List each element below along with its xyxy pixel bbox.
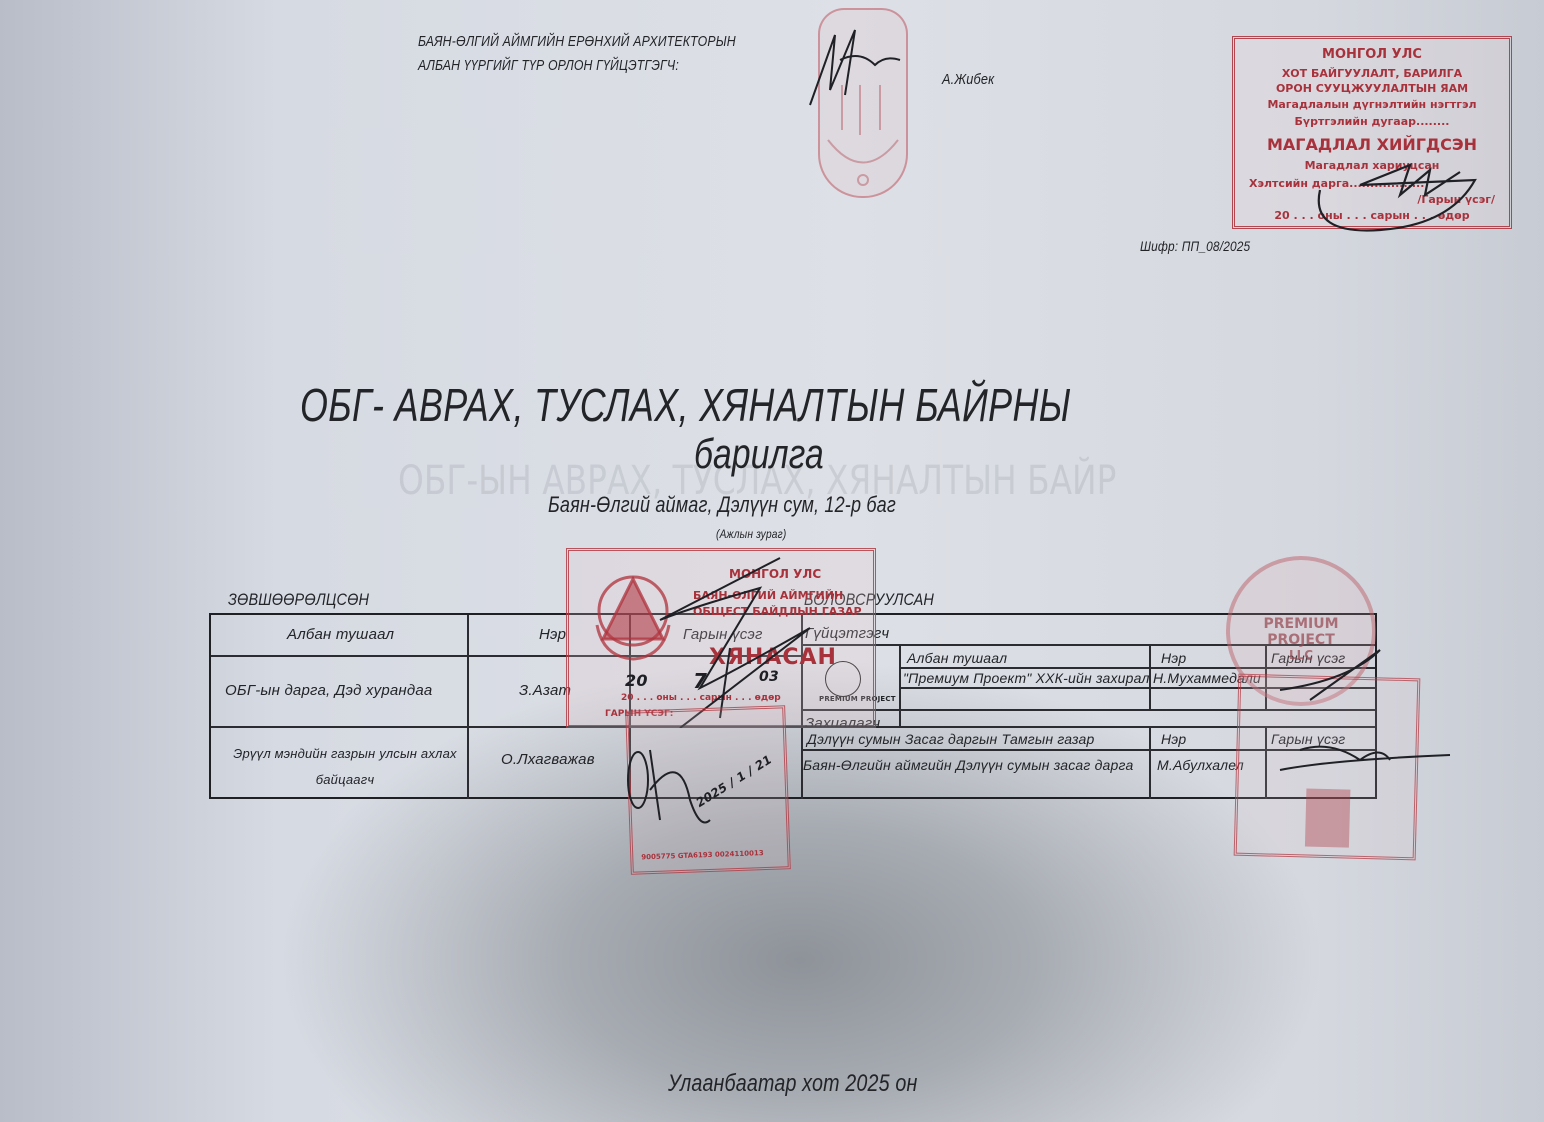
stamp-date-line: 20 . . . оны . . . сарын . . . өдөр: [1235, 209, 1509, 222]
center-stamp-date-line: 20 . . . оны . . . сарын . . . өдөр: [621, 693, 781, 703]
stamp-signature-label: /Гарын үсэг/: [1235, 193, 1495, 206]
stamp-certified: МАГАДЛАЛ ХИЙГДСЭН: [1235, 135, 1509, 154]
handwritten-day: 03: [759, 669, 779, 685]
project-title: ОБГ- АВРАХ, ТУСЛАХ, ХЯНАЛТЫН БАЙРНЫ: [300, 378, 1071, 432]
authority-line-2: АЛБАН ҮҮРГИЙГ ТҮР ОРЛОН ГҮЙЦЭТГЭГЧ:: [418, 57, 679, 74]
handwritten-inspection-date: 2025 / 1 / 21: [694, 752, 775, 810]
stamp-country: МОНГОЛ УЛС: [1235, 47, 1509, 62]
project-location: Баян-Өлгий аймаг, Дэлүүн сум, 12-р баг: [548, 492, 896, 518]
soyombo-emblem-icon: [1297, 768, 1359, 850]
approver-1-position: ОБГ-ын дарга, Дэд хурандаа: [225, 682, 432, 699]
round-stamp-line-1: PREMIUM: [1230, 616, 1372, 632]
ornament-pattern-icon: [820, 10, 906, 196]
authority-line-1: БАЯН-ӨЛГИЙ АЙМГИЙН ЕРӨНХИЙ АРХИТЕКТОРЫН: [418, 33, 736, 50]
municipal-stamp: [1234, 674, 1421, 861]
stamp-responsible: Магадлал хариуцсан: [1235, 159, 1509, 172]
contractor-header-position: Албан тушаал: [907, 650, 1007, 666]
district-reviewed-stamp: МОНГОЛ УЛС БАЯН-ӨЛГИЙ АЙМГИЙН ОБЩЕСТ БАЙ…: [566, 548, 876, 728]
project-subtitle: барилга: [694, 430, 824, 478]
ornamental-stamp: [818, 8, 908, 198]
stamp-ministry-line-2: ОРОН СУУЦЖУУЛАЛТЫН ЯАМ: [1235, 82, 1509, 95]
contractor-position: "Премиум Проект" ХХК-ийн захирал: [903, 670, 1150, 686]
project-cipher: Шифр: ПП_08/2025: [1140, 238, 1250, 254]
state-emblem-icon: [583, 565, 683, 665]
center-stamp-office: ОБЩЕСТ БАЙДЛЫН ГАЗАР: [693, 605, 862, 618]
handwritten-year: 20: [625, 671, 648, 690]
contractor-header-name: Нэр: [1161, 650, 1186, 666]
authority-signer-name: А.Жибек: [942, 71, 994, 88]
approver-2-name: О.Лхагважав: [501, 751, 595, 768]
ministry-certification-stamp: МОНГОЛ УЛС ХОТ БАЙГУУЛАЛТ, БАРИЛГА ОРОН …: [1232, 36, 1512, 229]
place-and-year: Улаанбаатар хот 2025 он: [668, 1070, 917, 1098]
stamp-registration-number: Бүртгэлийн дугаар........: [1235, 115, 1509, 128]
client-name: М.Абулхалел: [1157, 757, 1244, 773]
handwritten-month: 7: [693, 669, 707, 693]
approver-1-name: З.Азат: [519, 682, 571, 699]
round-stamp-line-2: PROJECT: [1230, 632, 1372, 648]
approver-2-position: Эрүүл мэндийн газрын улсын ахлах байцааг…: [225, 741, 465, 793]
round-stamp-line-3: LLC: [1230, 648, 1372, 662]
client-position: Баян-Өлгийн аймгийн Дэлүүн сумын засаг д…: [803, 757, 1133, 773]
drawing-type: (Ажлын зураг): [716, 527, 786, 541]
center-stamp-country: МОНГОЛ УЛС: [729, 567, 821, 581]
stamp-ministry-line-1: ХОТ БАЙГУУЛАЛТ, БАРИЛГА: [1235, 67, 1509, 80]
inspector-stamp-serial: 9005775 GTA6193 0024110013: [641, 849, 764, 861]
center-stamp-aimag: БАЯН-ӨЛГИЙ АЙМГИЙН: [693, 589, 843, 602]
header-name: Нэр: [539, 626, 566, 643]
inspector-stamp: 9005775 GTA6193 0024110013 2025 / 1 / 21: [625, 705, 791, 874]
client-header-name: Нэр: [1161, 731, 1186, 747]
approved-section-label: ЗӨВШӨӨРӨЛЦСӨН: [228, 590, 369, 610]
header-position: Албан тушаал: [287, 626, 394, 643]
stamp-summary-label: Магадлалын дүгнэлтийн нэгтгэл: [1235, 98, 1509, 111]
client-header-position: Дэлүүн сумын Засаг даргын Тамгын газар: [807, 731, 1095, 747]
center-stamp-reviewed: ХЯНАСАН: [709, 645, 837, 670]
stamp-head-of-department: Хэлтсийн дарга..................: [1249, 177, 1424, 190]
document-page: БАЯН-ӨЛГИЙ АЙМГИЙН ЕРӨНХИЙ АРХИТЕКТОРЫН …: [0, 0, 1544, 1122]
